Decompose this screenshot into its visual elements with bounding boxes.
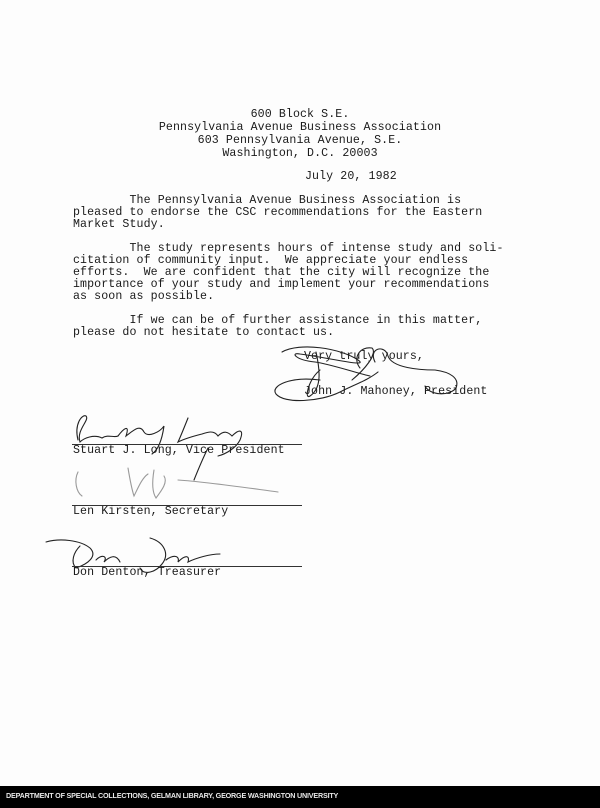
letterhead-line-4: Washington, D.C. 20003 xyxy=(0,148,600,160)
letterhead-line-2: Pennsylvania Avenue Business Association xyxy=(0,122,600,134)
signature-secretary xyxy=(68,462,288,507)
letter-page: 600 Block S.E. Pennsylvania Avenue Busin… xyxy=(0,0,600,786)
archive-credit-text: DEPARTMENT OF SPECIAL COLLECTIONS, GELMA… xyxy=(6,791,338,800)
signature-president xyxy=(260,340,500,410)
signatory-president: John J. Mahoney, President xyxy=(304,386,488,398)
letterhead-line-1: 600 Block S.E. xyxy=(0,109,600,121)
signatory-treasurer: Don Denton, Treasurer xyxy=(73,567,221,579)
signatory-vice-president: Stuart J. Long, Vice President xyxy=(73,445,285,457)
letterhead-line-3: 603 Pennsylvania Avenue, S.E. xyxy=(0,135,600,147)
signature-vice-president xyxy=(68,410,288,470)
letter-date: July 20, 1982 xyxy=(305,171,397,183)
archive-credit-bar: DEPARTMENT OF SPECIAL COLLECTIONS, GELMA… xyxy=(0,786,600,808)
paragraph-1-line-3: Market Study. xyxy=(73,219,165,231)
paragraph-2-line-5: as soon as possible. xyxy=(73,291,214,303)
paragraph-3-line-2: please do not hesitate to contact us. xyxy=(73,327,334,339)
signatory-secretary: Len Kirsten, Secretary xyxy=(73,506,228,518)
